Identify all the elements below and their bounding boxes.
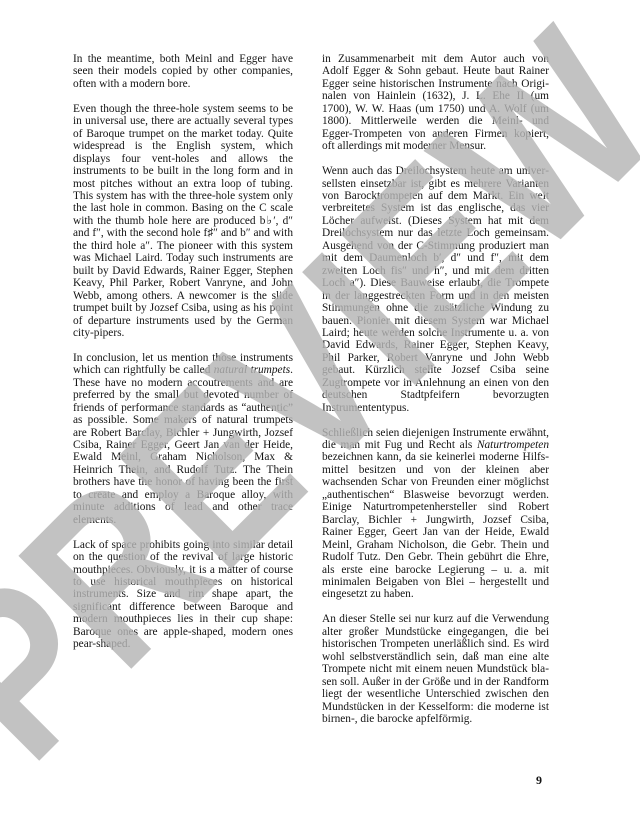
paragraph-en-1: In the meantime, both Meinl and Egger ha… <box>73 53 293 90</box>
document-page: In the meantime, both Meinl and Egger ha… <box>0 0 640 839</box>
paragraph-de-4: An dieser Stelle sei nur kurz auf die Ve… <box>322 613 549 725</box>
paragraph-de-3: Schließlich seien diejenigen Instrumente… <box>322 427 549 601</box>
paragraph-de-2: Wenn auch das Dreilochsystem heute am un… <box>322 165 549 414</box>
italic-naturtrompeten: Naturtrompeten <box>477 439 549 451</box>
paragraph-de-1: in Zusammenarbeit mit dem Autor auch von… <box>322 53 549 153</box>
left-column-english: In the meantime, both Meinl and Egger ha… <box>73 53 293 663</box>
paragraph-en-3-end: . These have no modern accoutrements and… <box>73 364 293 525</box>
paragraph-en-2: Even though the three-hole system seems … <box>73 103 293 340</box>
right-column-german: in Zusammenarbeit mit dem Autor auch von… <box>322 53 549 738</box>
italic-natural-trumpets: natural trumpets <box>214 364 290 376</box>
page-number: 9 <box>536 773 542 788</box>
paragraph-de-3-end: bezeichnen kann, da sie keinerlei modern… <box>322 451 549 600</box>
paragraph-en-3: In conclusion, let us mention those inst… <box>73 352 293 526</box>
paragraph-en-4: Lack of space prohibits going into simil… <box>73 539 293 651</box>
